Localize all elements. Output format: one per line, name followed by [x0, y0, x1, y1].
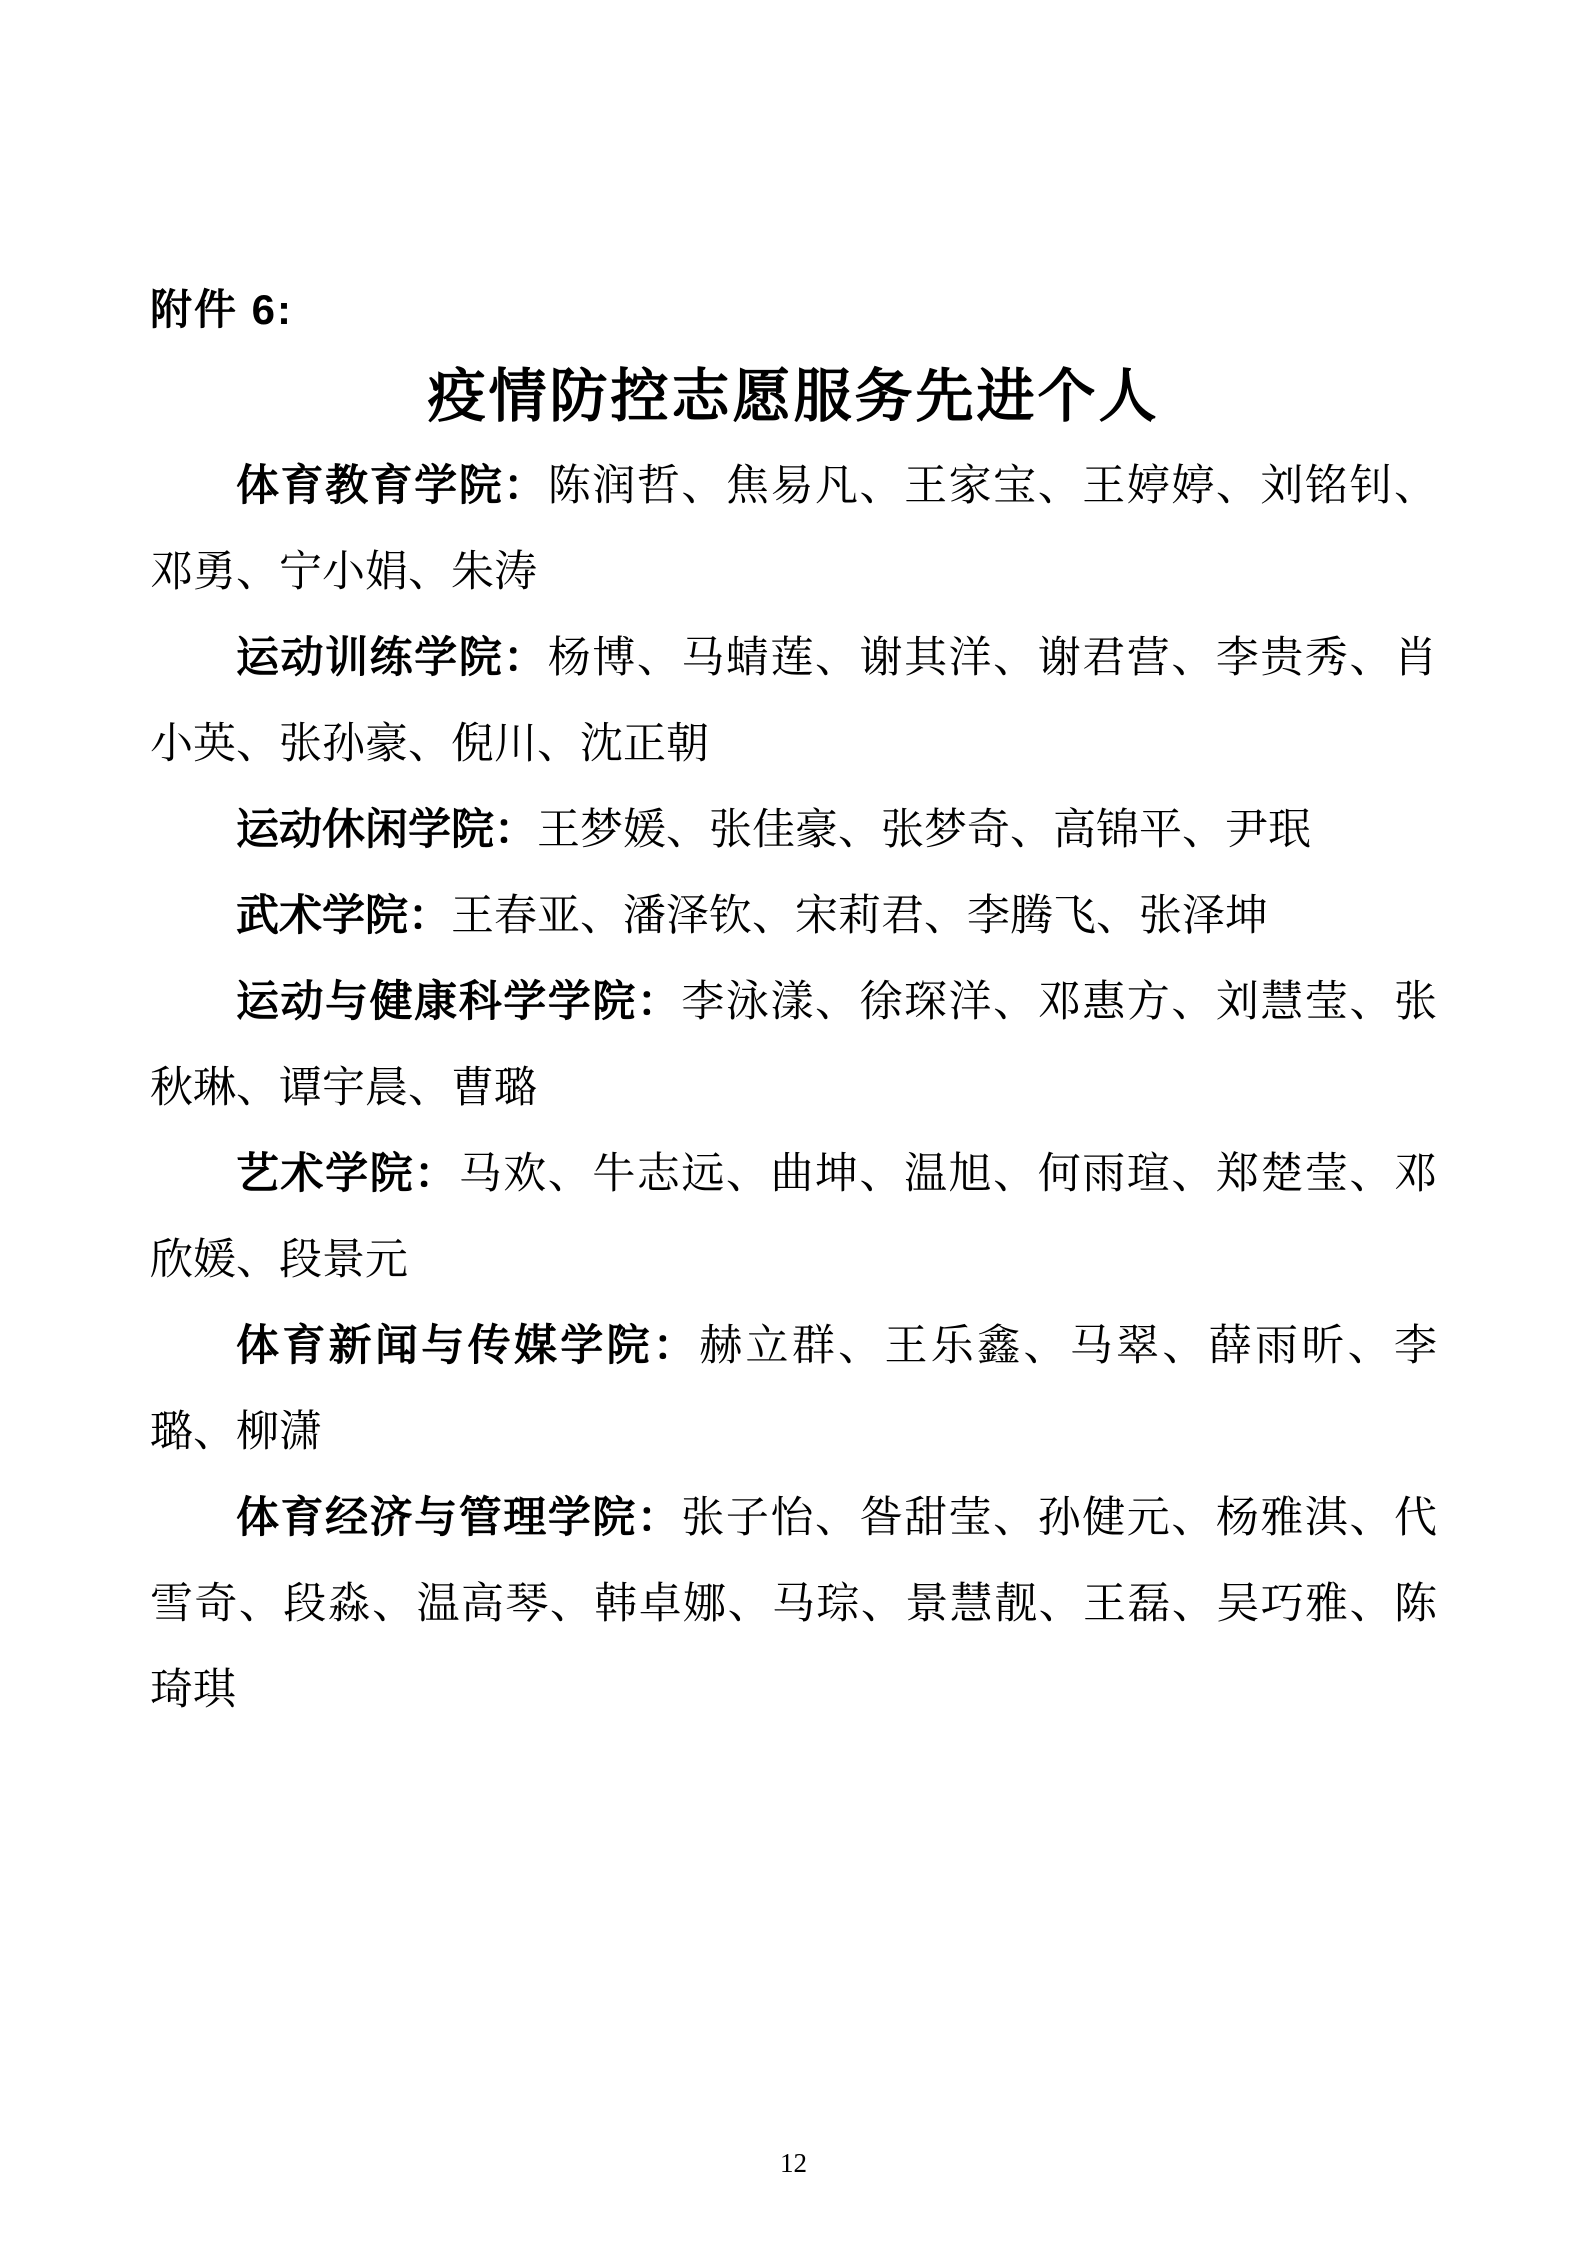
college-name: 运动与健康科学学院： [236, 979, 681, 1026]
section-paragraph: 运动训练学院：杨博、马蜻莲、谢其洋、谢君营、李贵秀、肖小英、张孙豪、倪川、沈正朝 [150, 616, 1437, 788]
section-paragraph: 武术学院：王春亚、潘泽钦、宋莉君、李腾飞、张泽坤 [150, 874, 1437, 960]
attachment-label: 附件 6: [150, 285, 1437, 335]
names-list: 王梦媛、张佳豪、张梦奇、高锦平、尹珉 [537, 807, 1311, 854]
college-name: 运动训练学院： [236, 635, 548, 682]
college-name: 运动休闲学院： [236, 807, 537, 854]
page-number: 12 [0, 2148, 1587, 2179]
section-paragraph: 体育教育学院：陈润哲、焦易凡、王家宝、王婷婷、刘铭钊、邓勇、宁小娟、朱涛 [150, 444, 1437, 616]
college-name: 体育经济与管理学院： [236, 1495, 681, 1542]
document-title: 疫情防控志愿服务先进个人 [150, 361, 1437, 434]
college-name: 艺术学院： [236, 1151, 459, 1198]
section-paragraph: 体育经济与管理学院：张子怡、昝甜莹、孙健元、杨雅淇、代雪奇、段淼、温高琴、韩卓娜… [150, 1476, 1437, 1734]
section-paragraph: 运动休闲学院：王梦媛、张佳豪、张梦奇、高锦平、尹珉 [150, 788, 1437, 874]
college-name: 武术学院： [236, 893, 451, 940]
section-paragraph: 运动与健康科学学院：李泳漾、徐琛洋、邓惠方、刘慧莹、张秋琳、谭宇晨、曹璐 [150, 960, 1437, 1132]
college-name: 体育教育学院： [236, 463, 548, 510]
names-list: 王春亚、潘泽钦、宋莉君、李腾飞、张泽坤 [451, 893, 1268, 940]
section-paragraph: 艺术学院：马欢、牛志远、曲坤、温旭、何雨瑄、郑楚莹、邓欣媛、段景元 [150, 1132, 1437, 1304]
document-body: 体育教育学院：陈润哲、焦易凡、王家宝、王婷婷、刘铭钊、邓勇、宁小娟、朱涛 运动训… [150, 444, 1437, 1734]
section-paragraph: 体育新闻与传媒学院：赫立群、王乐鑫、马翠、薛雨昕、李璐、柳潇 [150, 1304, 1437, 1476]
college-name: 体育新闻与传媒学院： [236, 1323, 699, 1370]
document-page: 附件 6: 疫情防控志愿服务先进个人 体育教育学院：陈润哲、焦易凡、王家宝、王婷… [0, 0, 1587, 2245]
